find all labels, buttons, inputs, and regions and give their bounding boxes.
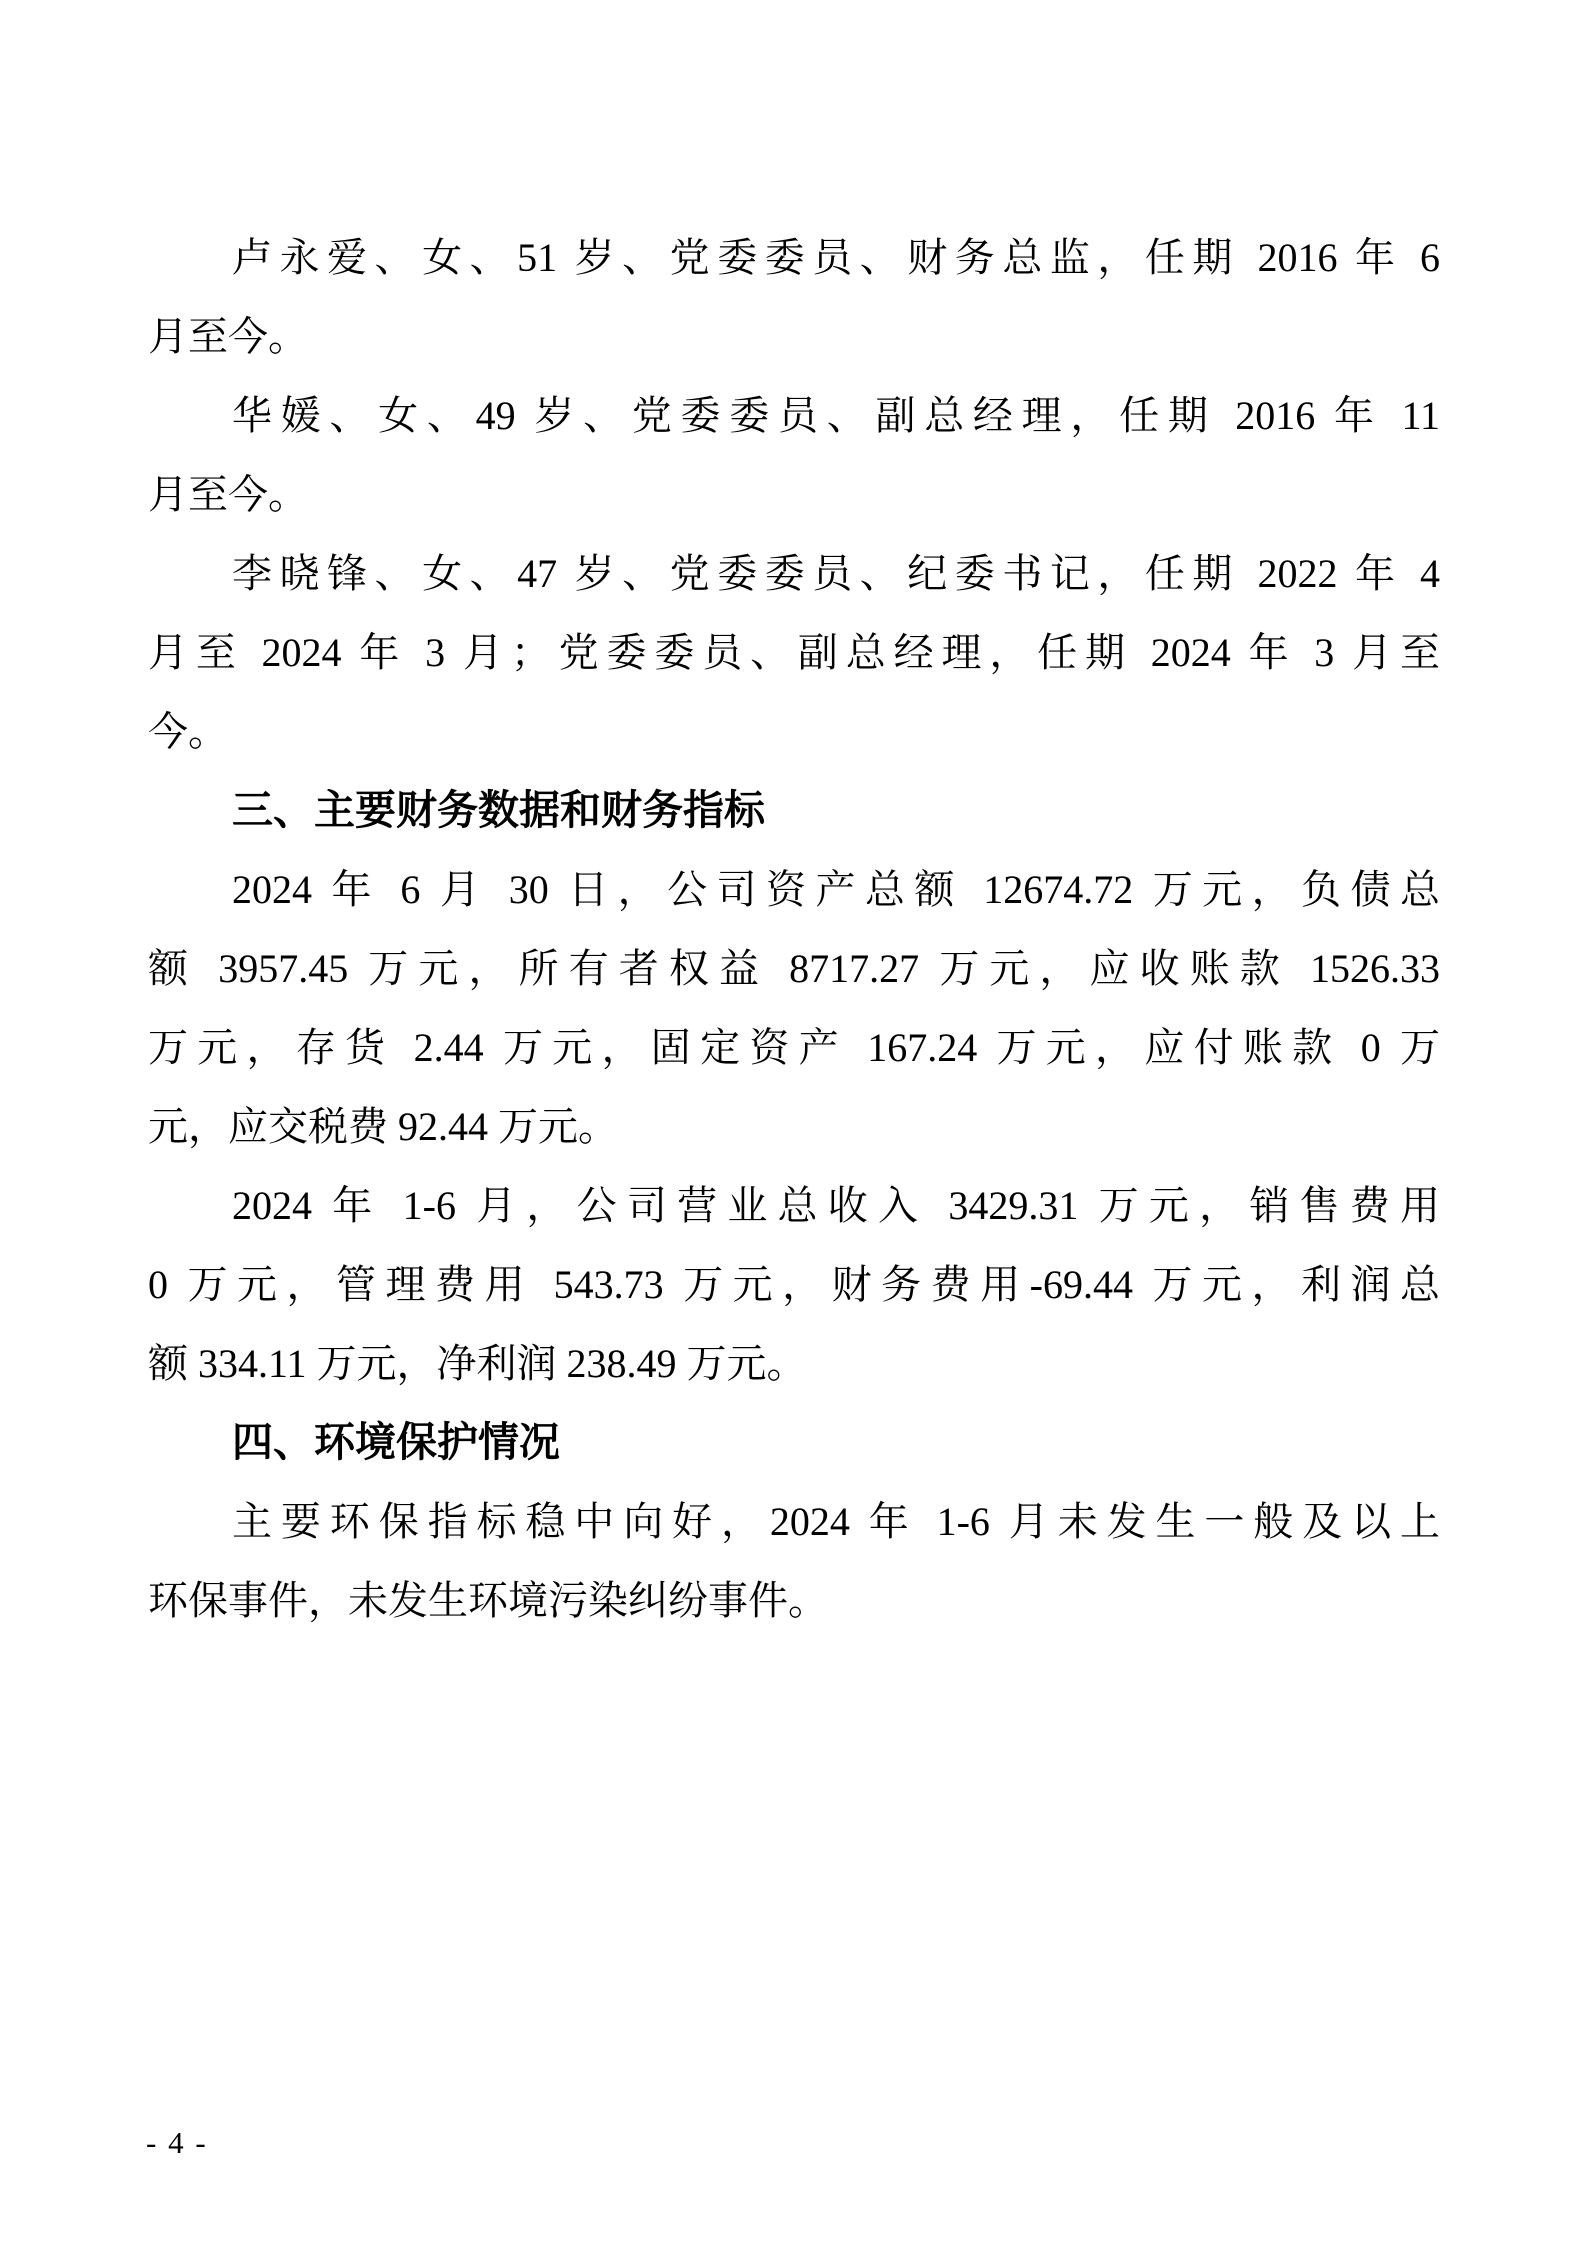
paragraph-line: 2024 年 1-6 月，公司营业总收入 3429.31 万元，销售费用 — [148, 1166, 1440, 1245]
paragraph-line: 环保事件，未发生环境污染纠纷事件。 — [148, 1561, 1440, 1640]
document-page: { "content": { "blocks": [ { "type": "pa… — [0, 0, 1587, 2245]
section-heading-finance: 三、主要财务数据和财务指标 — [148, 771, 1440, 850]
paragraph-line: 李晓锋、女、47 岁、党委委员、纪委书记，任期 2022 年 4 — [148, 534, 1440, 613]
paragraph-line: 0 万元，管理费用 543.73 万元，财务费用-69.44 万元，利润总 — [148, 1245, 1440, 1324]
paragraph-line: 主要环保指标稳中向好，2024 年 1-6 月未发生一般及以上 — [148, 1482, 1440, 1561]
paragraph-line: 卢永爱、女、51 岁、党委委员、财务总监，任期 2016 年 6 — [148, 218, 1440, 297]
paragraph-line: 额 3957.45 万元，所有者权益 8717.27 万元，应收账款 1526.… — [148, 929, 1440, 1008]
section-heading-environment: 四、环境保护情况 — [148, 1403, 1440, 1482]
paragraph-line: 2024 年 6 月 30 日，公司资产总额 12674.72 万元，负债总 — [148, 850, 1440, 929]
paragraph-line: 华媛、女、49 岁、党委委员、副总经理，任期 2016 年 11 — [148, 376, 1440, 455]
paragraph-line: 今。 — [148, 692, 1440, 771]
document-text-block: 卢永爱、女、51 岁、党委委员、财务总监，任期 2016 年 6 月至今。 华媛… — [148, 218, 1440, 1640]
paragraph-line: 万元，存货 2.44 万元，固定资产 167.24 万元，应付账款 0 万 — [148, 1008, 1440, 1087]
paragraph-line: 月至今。 — [148, 297, 1440, 376]
page-number: - 4 - — [146, 2122, 208, 2164]
paragraph-line: 额 334.11 万元，净利润 238.49 万元。 — [148, 1324, 1440, 1403]
paragraph-line: 月至今。 — [148, 455, 1440, 534]
paragraph-line: 元，应交税费 92.44 万元。 — [148, 1087, 1440, 1166]
page-canvas: 卢永爱、女、51 岁、党委委员、财务总监，任期 2016 年 6 月至今。 华媛… — [0, 0, 1587, 2245]
paragraph-line: 月至 2024 年 3 月；党委委员、副总经理，任期 2024 年 3 月至 — [148, 613, 1440, 692]
